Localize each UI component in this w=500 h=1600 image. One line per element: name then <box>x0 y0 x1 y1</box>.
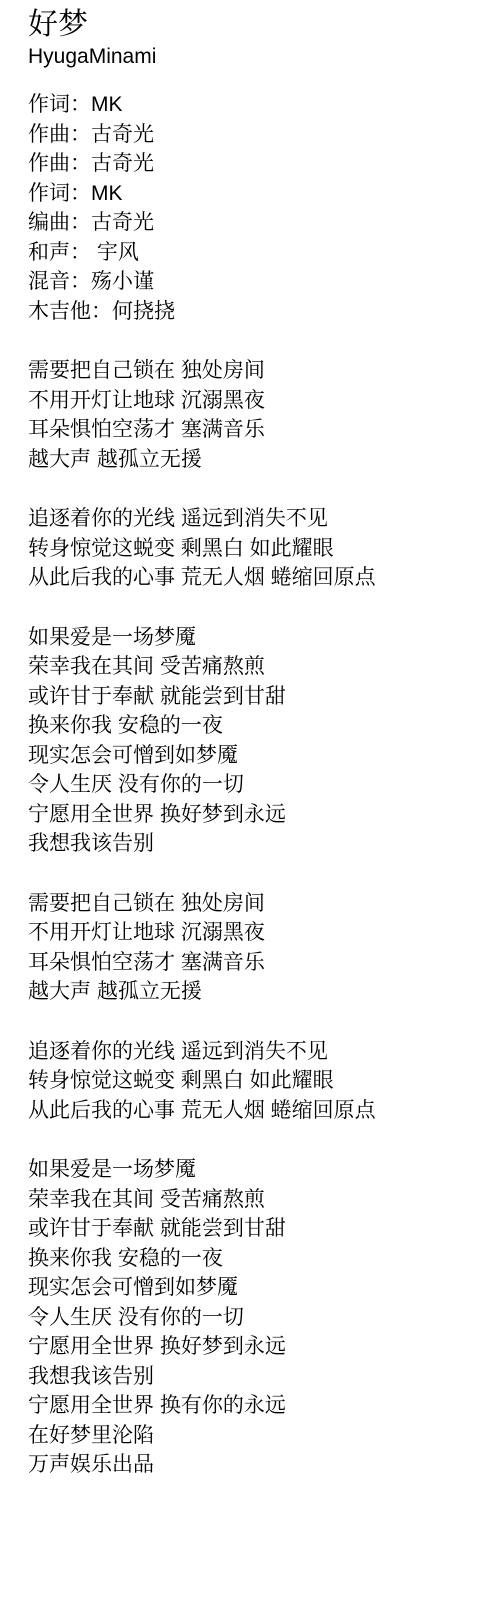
lyric-line: 越大声 越孤立无援 <box>28 445 480 475</box>
credit-line: 和声： 宇风 <box>28 238 480 268</box>
lyric-line: 令人生厌 没有你的一切 <box>28 770 480 800</box>
lyric-line: 荣幸我在其间 受苦痛熬煎 <box>28 1185 480 1215</box>
lyric-line: 从此后我的心事 荒无人烟 蜷缩回原点 <box>28 1096 480 1126</box>
lyric-line: 转身惊觉这蜕变 剩黑白 如此耀眼 <box>28 534 480 564</box>
lyric-line: 在好梦里沦陷 <box>28 1421 480 1451</box>
lyric-line: 越大声 越孤立无援 <box>28 977 480 1007</box>
lyric-line: 转身惊觉这蜕变 剩黑白 如此耀眼 <box>28 1066 480 1096</box>
lyrics-stanza: 如果爱是一场梦魇荣幸我在其间 受苦痛熬煎或许甘于奉献 就能尝到甘甜换来你我 安稳… <box>28 623 480 859</box>
lyric-line: 我想我该告别 <box>28 829 480 859</box>
lyric-line: 需要把自己锁在 独处房间 <box>28 889 480 919</box>
credit-line: 作曲：古奇光 <box>28 149 480 179</box>
lyric-line: 不用开灯让地球 沉溺黑夜 <box>28 918 480 948</box>
lyric-line: 耳朵惧怕空荡才 塞满音乐 <box>28 948 480 978</box>
lyrics-stanza: 如果爱是一场梦魇荣幸我在其间 受苦痛熬煎或许甘于奉献 就能尝到甘甜换来你我 安稳… <box>28 1155 480 1480</box>
lyric-line: 万声娱乐出品 <box>28 1450 480 1480</box>
lyric-line: 我想我该告别 <box>28 1362 480 1392</box>
lyric-line: 宁愿用全世界 换好梦到永远 <box>28 1332 480 1362</box>
lyrics-stanza: 追逐着你的光线 遥远到消失不见转身惊觉这蜕变 剩黑白 如此耀眼从此后我的心事 荒… <box>28 504 480 593</box>
lyric-line: 耳朵惧怕空荡才 塞满音乐 <box>28 415 480 445</box>
lyric-line: 不用开灯让地球 沉溺黑夜 <box>28 386 480 416</box>
lyric-line: 现实怎会可憎到如梦魇 <box>28 1273 480 1303</box>
lyric-line: 需要把自己锁在 独处房间 <box>28 356 480 386</box>
lyrics-page: 好梦 HyugaMinami 作词：MK作曲：古奇光作曲：古奇光作词：MK编曲：… <box>0 0 500 1600</box>
credit-line: 作曲：古奇光 <box>28 120 480 150</box>
lyric-line: 现实怎会可憎到如梦魇 <box>28 741 480 771</box>
lyric-line: 宁愿用全世界 换好梦到永远 <box>28 800 480 830</box>
lyric-line: 或许甘于奉献 就能尝到甘甜 <box>28 1214 480 1244</box>
credits-block: 作词：MK作曲：古奇光作曲：古奇光作词：MK编曲：古奇光和声： 宇风混音：殇小谨… <box>28 90 480 326</box>
lyric-line: 如果爱是一场梦魇 <box>28 623 480 653</box>
song-title: 好梦 <box>28 6 480 44</box>
lyrics-stanza: 追逐着你的光线 遥远到消失不见转身惊觉这蜕变 剩黑白 如此耀眼从此后我的心事 荒… <box>28 1037 480 1126</box>
lyric-line: 换来你我 安稳的一夜 <box>28 711 480 741</box>
artist-name: HyugaMinami <box>28 44 480 70</box>
credit-line: 木吉他：何挠挠 <box>28 297 480 327</box>
lyric-line: 如果爱是一场梦魇 <box>28 1155 480 1185</box>
lyric-line: 宁愿用全世界 换有你的永远 <box>28 1391 480 1421</box>
lyric-line: 换来你我 安稳的一夜 <box>28 1244 480 1274</box>
lyrics-stanza: 需要把自己锁在 独处房间不用开灯让地球 沉溺黑夜耳朵惧怕空荡才 塞满音乐越大声 … <box>28 356 480 474</box>
lyrics-body: 需要把自己锁在 独处房间不用开灯让地球 沉溺黑夜耳朵惧怕空荡才 塞满音乐越大声 … <box>28 356 480 1480</box>
credit-line: 作词：MK <box>28 179 480 209</box>
lyric-line: 追逐着你的光线 遥远到消失不见 <box>28 504 480 534</box>
lyric-line: 从此后我的心事 荒无人烟 蜷缩回原点 <box>28 563 480 593</box>
lyric-line: 或许甘于奉献 就能尝到甘甜 <box>28 682 480 712</box>
lyric-line: 令人生厌 没有你的一切 <box>28 1303 480 1333</box>
credit-line: 混音：殇小谨 <box>28 267 480 297</box>
lyrics-stanza: 需要把自己锁在 独处房间不用开灯让地球 沉溺黑夜耳朵惧怕空荡才 塞满音乐越大声 … <box>28 889 480 1007</box>
lyric-line: 荣幸我在其间 受苦痛熬煎 <box>28 652 480 682</box>
credit-line: 作词：MK <box>28 90 480 120</box>
credit-line: 编曲：古奇光 <box>28 208 480 238</box>
lyric-line: 追逐着你的光线 遥远到消失不见 <box>28 1037 480 1067</box>
